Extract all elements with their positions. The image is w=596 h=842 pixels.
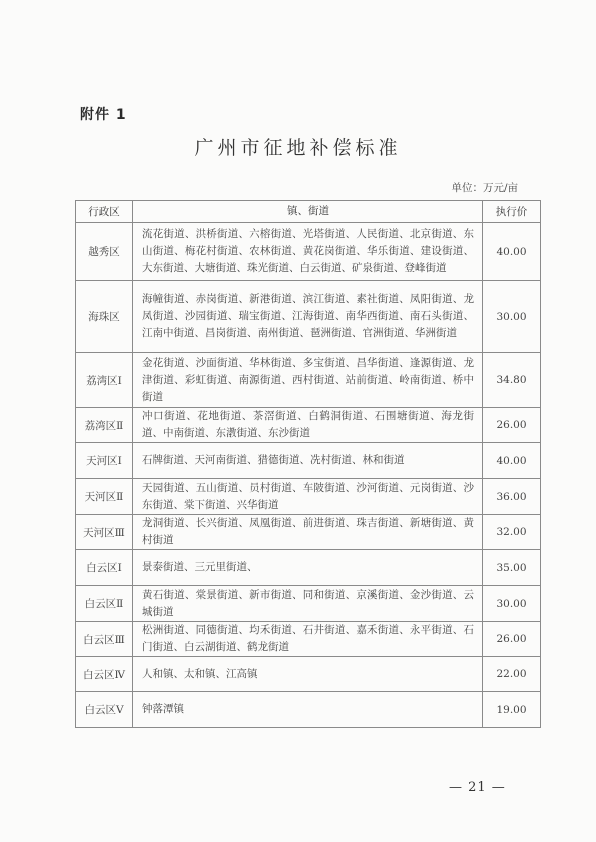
price-cell: 30.00 [483, 281, 541, 353]
price-cell: 19.00 [483, 692, 541, 728]
district-cell: 白云区Ⅲ [76, 622, 133, 657]
price-cell: 22.00 [483, 657, 541, 692]
table-row: 海珠区 海幢街道、赤岗街道、新港街道、滨江街道、素社街道、凤阳街道、龙凤街道、沙… [76, 281, 541, 353]
district-cell: 白云区Ⅳ [76, 657, 133, 692]
streets-cell: 黄石街道、棠景街道、新市街道、同和街道、京溪街道、金沙街道、云城街道 [133, 586, 483, 622]
document-title: 广州市征地补偿标准 [0, 133, 596, 160]
table-row: 白云区Ⅱ 黄石街道、棠景街道、新市街道、同和街道、京溪街道、金沙街道、云城街道 … [76, 586, 541, 622]
streets-cell: 松洲街道、同德街道、均禾街道、石井街道、嘉禾街道、永平街道、石门街道、白云湖街道… [133, 622, 483, 657]
price-cell: 35.00 [483, 550, 541, 586]
district-cell: 天河区Ⅰ [76, 443, 133, 479]
district-cell: 海珠区 [76, 281, 133, 353]
streets-cell: 石牌街道、天河南街道、猎德街道、冼村街道、林和街道 [133, 443, 483, 479]
compensation-table: 行政区 镇、街道 执行价 越秀区 流花街道、洪桥街道、六榕街道、光塔街道、人民街… [75, 200, 541, 728]
district-cell: 白云区Ⅴ [76, 692, 133, 728]
streets-cell: 龙洞街道、长兴街道、凤凰街道、前进街道、珠吉街道、新塘街道、黄村街道 [133, 515, 483, 550]
district-cell: 白云区Ⅰ [76, 550, 133, 586]
district-cell: 越秀区 [76, 223, 133, 281]
district-cell: 荔湾区Ⅰ [76, 353, 133, 408]
district-cell: 天河区Ⅲ [76, 515, 133, 550]
price-cell: 40.00 [483, 443, 541, 479]
price-cell: 32.00 [483, 515, 541, 550]
streets-cell: 海幢街道、赤岗街道、新港街道、滨江街道、素社街道、凤阳街道、龙凤街道、沙园街道、… [133, 281, 483, 353]
header-district: 行政区 [76, 201, 133, 223]
price-cell: 30.00 [483, 586, 541, 622]
unit-label: 单位：万元/亩 [451, 180, 518, 195]
table-row: 白云区Ⅳ 人和镇、太和镇、江高镇 22.00 [76, 657, 541, 692]
table-row: 天河区Ⅰ 石牌街道、天河南街道、猎德街道、冼村街道、林和街道 40.00 [76, 443, 541, 479]
page-number: — 21 — [449, 780, 506, 795]
table-row: 天河区Ⅱ 天园街道、五山街道、员村街道、车陂街道、沙河街道、元岗街道、沙东街道、… [76, 479, 541, 515]
streets-cell: 景泰街道、三元里街道、 [133, 550, 483, 586]
table-row: 白云区Ⅴ 钟落潭镇 19.00 [76, 692, 541, 728]
streets-cell: 天园街道、五山街道、员村街道、车陂街道、沙河街道、元岗街道、沙东街道、棠下街道、… [133, 479, 483, 515]
streets-cell: 钟落潭镇 [133, 692, 483, 728]
district-cell: 天河区Ⅱ [76, 479, 133, 515]
table-row: 荔湾区Ⅰ 金花街道、沙面街道、华林街道、多宝街道、昌华街道、逢源街道、龙津街道、… [76, 353, 541, 408]
table-row: 荔湾区Ⅱ 冲口街道、花地街道、茶滘街道、白鹤洞街道、石围塘街道、海龙街道、中南街… [76, 408, 541, 443]
table-row: 白云区Ⅰ 景泰街道、三元里街道、 35.00 [76, 550, 541, 586]
price-cell: 34.80 [483, 353, 541, 408]
streets-cell: 流花街道、洪桥街道、六榕街道、光塔街道、人民街道、北京街道、东山街道、梅花村街道… [133, 223, 483, 281]
streets-cell: 人和镇、太和镇、江高镇 [133, 657, 483, 692]
price-cell: 26.00 [483, 622, 541, 657]
price-cell: 26.00 [483, 408, 541, 443]
attachment-label: 附件 1 [80, 104, 127, 124]
table-row: 天河区Ⅲ 龙洞街道、长兴街道、凤凰街道、前进街道、珠吉街道、新塘街道、黄村街道 … [76, 515, 541, 550]
price-cell: 36.00 [483, 479, 541, 515]
header-price: 执行价 [483, 201, 541, 223]
streets-cell: 冲口街道、花地街道、茶滘街道、白鹤洞街道、石围塘街道、海龙街道、中南街道、东漖街… [133, 408, 483, 443]
district-cell: 白云区Ⅱ [76, 586, 133, 622]
table-header-row: 行政区 镇、街道 执行价 [76, 201, 541, 223]
price-cell: 40.00 [483, 223, 541, 281]
streets-cell: 金花街道、沙面街道、华林街道、多宝街道、昌华街道、逢源街道、龙津街道、彩虹街道、… [133, 353, 483, 408]
header-streets: 镇、街道 [133, 201, 483, 223]
table-row: 白云区Ⅲ 松洲街道、同德街道、均禾街道、石井街道、嘉禾街道、永平街道、石门街道、… [76, 622, 541, 657]
district-cell: 荔湾区Ⅱ [76, 408, 133, 443]
table-row: 越秀区 流花街道、洪桥街道、六榕街道、光塔街道、人民街道、北京街道、东山街道、梅… [76, 223, 541, 281]
